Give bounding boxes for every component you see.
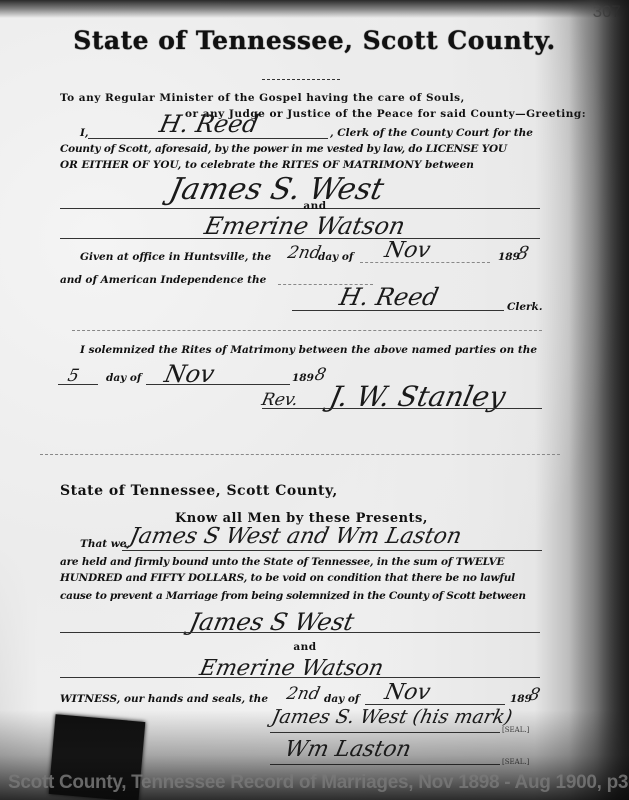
clerk-signature-handwritten: H. Reed	[337, 283, 441, 311]
officiant-prefix-handwritten: Rev.	[260, 390, 300, 410]
section-divider	[72, 330, 542, 331]
license-body-line-2: County of Scott, aforesaid, by the power…	[60, 143, 507, 155]
witness-month-handwritten: Nov	[382, 680, 432, 705]
solemn-day-handwritten: 5	[66, 366, 81, 386]
title-flourish-divider	[262, 79, 340, 83]
solemn-day-label: day of	[106, 372, 141, 384]
given-month-handwritten: Nov	[382, 238, 432, 263]
bond-principals-line	[122, 550, 542, 551]
bond-title: State of Tennessee, Scott County,	[60, 483, 338, 499]
witness-prefix: WITNESS, our hands and seals, the	[60, 693, 268, 705]
solemn-month-handwritten: Nov	[162, 360, 217, 388]
scan-shadow-top	[0, 0, 629, 18]
salutation-line-1: To any Regular Minister of the Gospel ha…	[60, 92, 465, 104]
given-at-office-prefix: Given at office in Huntsville, the	[80, 251, 271, 263]
license-body-line-1: , Clerk of the County Court for the	[330, 127, 533, 139]
that-we-label: That we,	[80, 538, 130, 550]
solemnization-statement: I solemnized the Rites of Matrimony betw…	[80, 344, 537, 356]
bond-body-line-1: are held and firmly bound unto the State…	[60, 556, 504, 568]
witness-day-handwritten: 2nd	[285, 684, 322, 704]
bond-bride-line	[60, 677, 540, 678]
clerk-name-line	[88, 138, 328, 139]
witness-year-handwritten: 8	[527, 685, 542, 705]
clerk-name-handwritten: H. Reed	[157, 110, 261, 138]
bond-body-line-3: cause to prevent a Marriage from being s…	[60, 590, 526, 602]
bride-name-handwritten: Emerine Watson	[202, 212, 408, 240]
witness-day-label: day of	[324, 693, 359, 705]
solemn-year-handwritten: 8	[313, 365, 328, 385]
image-caption: Scott County, Tennessee Record of Marria…	[8, 772, 629, 794]
clerk-signature-line	[292, 310, 504, 311]
given-day-label: day of	[318, 251, 353, 263]
independence-label: and of American Independence the	[60, 274, 266, 286]
clerk-label: Clerk.	[507, 301, 543, 313]
officiant-line	[262, 408, 542, 409]
license-body-line-3: OR EITHER OF YOU, to celebrate the RITES…	[60, 159, 474, 171]
document-title: State of Tennessee, Scott County.	[0, 26, 629, 55]
solemn-day-line	[58, 384, 98, 385]
groom-name-handwritten: James S. West	[166, 172, 387, 207]
marriage-record-page: 307 State of Tennessee, Scott County. To…	[0, 0, 629, 800]
section-divider-2	[40, 454, 560, 455]
bond-principals-handwritten: James S West and Wm Laston	[127, 524, 464, 549]
given-year-handwritten: 8	[515, 243, 531, 264]
bride-line	[60, 238, 540, 239]
and-label: and	[295, 200, 335, 212]
scan-shadow-right	[569, 0, 629, 800]
bond-and-label: and	[285, 641, 325, 653]
solemn-year-printed: 189	[292, 372, 314, 384]
bond-body-line-2: HUNDRED and FIFTY DOLLARS, to be void on…	[60, 572, 515, 584]
bond-groom-line	[60, 632, 540, 633]
